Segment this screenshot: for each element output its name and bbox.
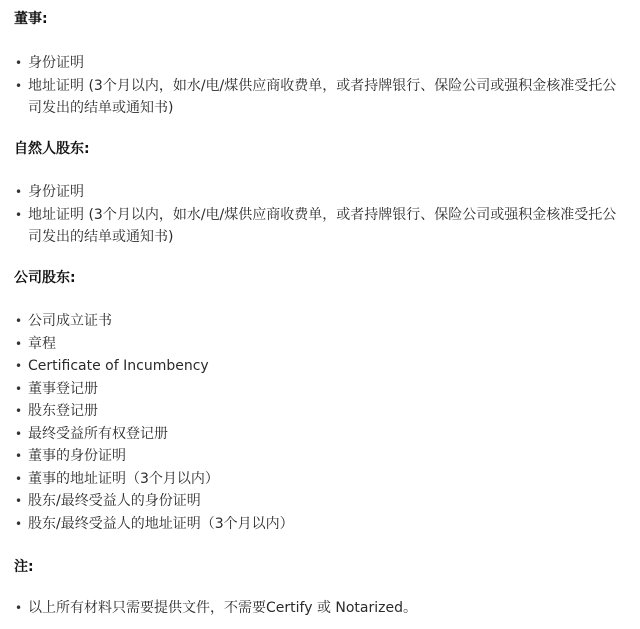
bullet-icon: • xyxy=(15,355,22,378)
list-item: •以上所有材料只需要提供文件，不需要Certify 或 Notarized。 xyxy=(14,597,626,620)
bullet-icon: • xyxy=(15,378,22,401)
bullet-icon: • xyxy=(15,181,22,204)
bullet-icon: • xyxy=(15,468,22,491)
section-title-directors: 董事: xyxy=(14,8,48,30)
bullet-icon: • xyxy=(15,204,22,227)
bullet-icon: • xyxy=(15,333,22,356)
list-item: •身份证明 xyxy=(14,52,626,75)
bullet-icon: • xyxy=(15,597,22,620)
list-item: •公司成立证书 xyxy=(14,310,626,333)
bullet-icon: • xyxy=(15,445,22,468)
bullet-icon: • xyxy=(15,52,22,75)
bullet-icon: • xyxy=(15,513,22,536)
list-item: •身份证明 xyxy=(14,181,626,204)
list-item: •股东登记册 xyxy=(14,400,626,423)
bullet-icon: • xyxy=(15,423,22,446)
bullet-icon: • xyxy=(15,490,22,513)
list-item: •董事的地址证明（3个月以内） xyxy=(14,468,626,491)
note-list: •以上所有材料只需要提供文件，不需要Certify 或 Notarized。 xyxy=(14,597,626,620)
list-item: •最终受益所有权登记册 xyxy=(14,423,626,446)
list-item: •股东/最终受益人的地址证明（3个月以内） xyxy=(14,513,626,536)
list-item: •Certificate of Incumbency xyxy=(14,355,626,378)
list-item: •董事的身份证明 xyxy=(14,445,626,468)
bullet-icon: • xyxy=(15,400,22,423)
bullet-icon: • xyxy=(15,310,22,333)
corporate-shareholders-list: •公司成立证书 •章程 •Certificate of Incumbency •… xyxy=(14,310,626,535)
section-title-corporate-shareholders: 公司股东: xyxy=(14,267,76,289)
directors-list: •身份证明 •地址证明 (3个月以内，如水/电/煤供应商收费单，或者持牌银行、保… xyxy=(14,52,626,120)
list-item: •股东/最终受益人的身份证明 xyxy=(14,490,626,513)
section-title-note: 注: xyxy=(14,556,34,578)
list-item: •地址证明 (3个月以内，如水/电/煤供应商收费单，或者持牌银行、保险公司或强积… xyxy=(14,204,626,249)
bullet-icon: • xyxy=(15,75,22,98)
list-item: •地址证明 (3个月以内，如水/电/煤供应商收费单，或者持牌银行、保险公司或强积… xyxy=(14,75,626,120)
list-item: •董事登记册 xyxy=(14,378,626,401)
list-item: •章程 xyxy=(14,333,626,356)
individual-shareholders-list: •身份证明 •地址证明 (3个月以内，如水/电/煤供应商收费单，或者持牌银行、保… xyxy=(14,181,626,249)
section-title-individual-shareholders: 自然人股东: xyxy=(14,138,90,160)
